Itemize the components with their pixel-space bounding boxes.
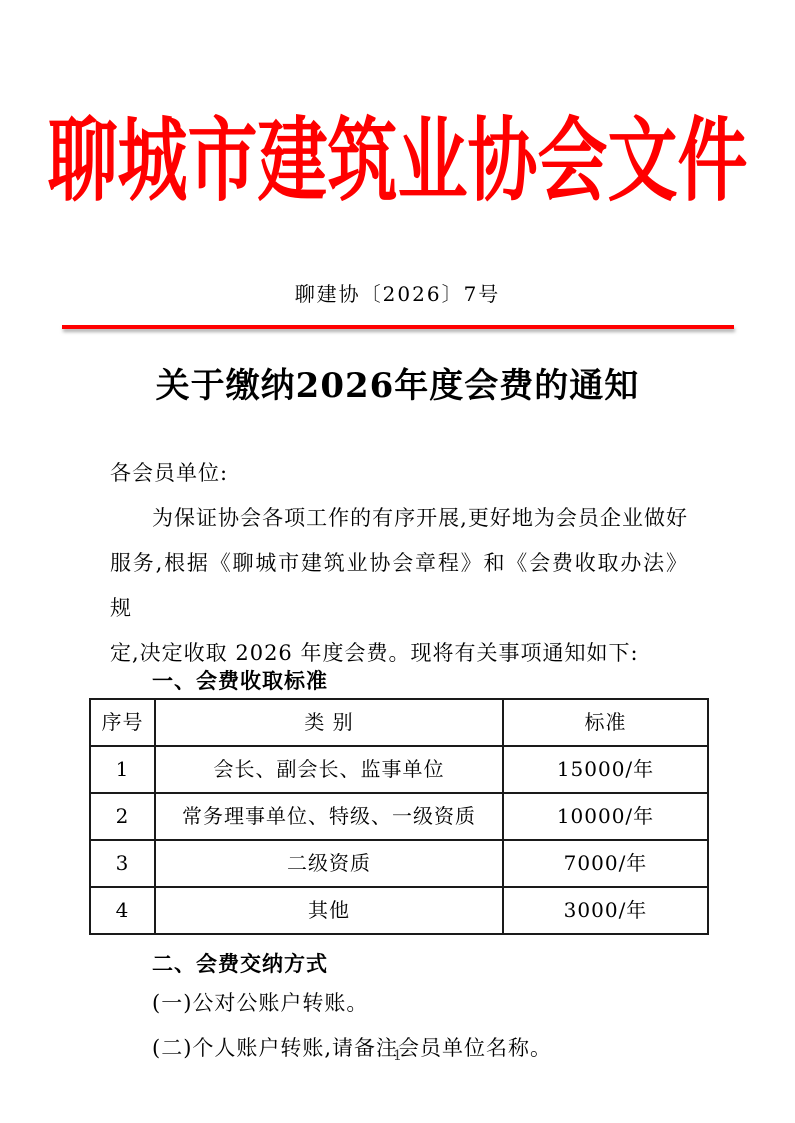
cell-no: 3 — [90, 840, 155, 887]
column-header-category: 类 别 — [155, 699, 503, 746]
table-row: 4 其他 3000/年 — [90, 887, 708, 934]
salutation: 各会员单位: — [110, 451, 688, 496]
cell-category: 常务理事单位、特级、一级资质 — [155, 793, 503, 840]
document-page: 聊城市建筑业协会文件 聊建协〔2026〕7号 关于缴纳2026年度会费的通知 各… — [0, 0, 795, 1123]
table-row: 1 会长、副会长、监事单位 15000/年 — [90, 746, 708, 793]
cell-standard: 15000/年 — [503, 746, 708, 793]
fee-standard-table: 序号 类 别 标准 1 会长、副会长、监事单位 15000/年 2 常务理事单位… — [89, 698, 709, 935]
document-masthead: 聊城市建筑业协会文件 — [0, 115, 795, 207]
cell-standard: 10000/年 — [503, 793, 708, 840]
notice-title: 关于缴纳2026年度会费的通知 — [0, 365, 795, 407]
column-header-standard: 标准 — [503, 699, 708, 746]
page-footer: 1 — [0, 1048, 795, 1064]
column-header-no: 序号 — [90, 699, 155, 746]
fee-table-header: 序号 类 别 标准 — [90, 699, 708, 746]
page-number: 1 — [393, 1048, 402, 1064]
body-paragraph-line: 为保证协会各项工作的有序开展,更好地为会员企业做好 — [110, 496, 688, 541]
cell-category: 二级资质 — [155, 840, 503, 887]
doc-number: 聊建协〔2026〕7号 — [0, 283, 795, 305]
payment-method-1: (一)公对公账户转账。 — [152, 981, 688, 1026]
table-row: 2 常务理事单位、特级、一级资质 10000/年 — [90, 793, 708, 840]
fee-table-body: 1 会长、副会长、监事单位 15000/年 2 常务理事单位、特级、一级资质 1… — [90, 746, 708, 934]
org-title: 聊城市建筑业协会文件 — [48, 101, 748, 221]
section-2-heading: 二、会费交纳方式 — [152, 947, 688, 981]
cell-no: 1 — [90, 746, 155, 793]
cell-category: 其他 — [155, 887, 503, 934]
cell-category: 会长、副会长、监事单位 — [155, 746, 503, 793]
cell-standard: 7000/年 — [503, 840, 708, 887]
document-body: 各会员单位: 为保证协会各项工作的有序开展,更好地为会员企业做好 服务,根据《聊… — [110, 451, 688, 1071]
table-row: 3 二级资质 7000/年 — [90, 840, 708, 887]
cell-standard: 3000/年 — [503, 887, 708, 934]
cell-no: 2 — [90, 793, 155, 840]
cell-no: 4 — [90, 887, 155, 934]
body-paragraph-line: 服务,根据《聊城市建筑业协会章程》和《会费收取办法》规 — [110, 541, 688, 631]
red-divider-line — [62, 325, 734, 329]
table-header-row: 序号 类 别 标准 — [90, 699, 708, 746]
